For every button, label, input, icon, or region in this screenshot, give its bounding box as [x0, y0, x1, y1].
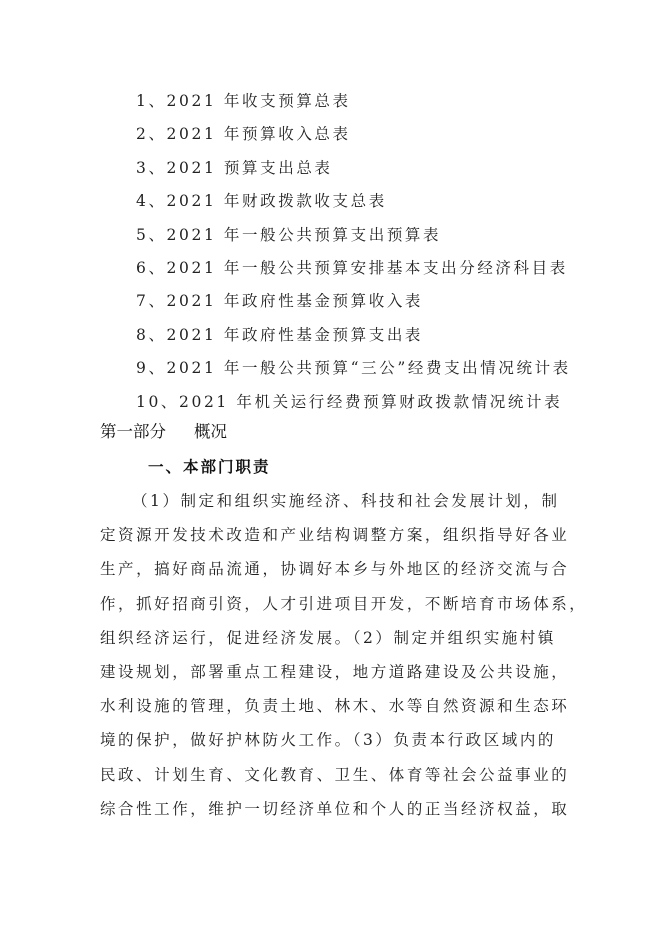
section-heading: 一、本部门职责 [148, 454, 271, 480]
table-of-contents: 1、2021 年收支预算总表 2、2021 年预算收入总表 3、2021 预算支… [136, 88, 571, 422]
paragraph-line: 生产，搞好商品流通，协调好本乡与外地区的经济交流与合 [100, 556, 564, 590]
toc-item: 4、2021 年财政拨款收支总表 [136, 188, 571, 221]
toc-item: 3、2021 预算支出总表 [136, 155, 571, 188]
paragraph-line: （1）制定和组织实施经济、科技和社会发展计划，制 [100, 488, 564, 522]
paragraph-line: 水利设施的管理，负责土地、林木、水等自然资源和生态环 [100, 693, 564, 727]
toc-item: 5、2021 年一般公共预算支出预算表 [136, 222, 571, 255]
paragraph-line: 综合性工作，维护一切经济单位和个人的正当经济权益，取 [100, 796, 564, 830]
toc-item: 8、2021 年政府性基金预算支出表 [136, 322, 571, 355]
paragraph-line: 作，抓好招商引资，人才引进项目开发，不断培育市场体系， [100, 591, 564, 625]
paragraph-line: 建设规划，部署重点工程建设，地方道路建设及公共设施， [100, 659, 564, 693]
toc-item: 7、2021 年政府性基金预算收入表 [136, 288, 571, 321]
part-heading: 第一部分概况 [100, 419, 227, 445]
toc-item: 1、2021 年收支预算总表 [136, 88, 571, 121]
paragraph-line: 定资源开发技术改造和产业结构调整方案，组织指导好各业 [100, 522, 564, 556]
toc-item: 6、2021 年一般公共预算安排基本支出分经济科目表 [136, 255, 571, 288]
body-paragraph: （1）制定和组织实施经济、科技和社会发展计划，制 定资源开发技术改造和产业结构调… [100, 488, 564, 830]
paragraph-line: 境的保护，做好护林防火工作。（3）负责本行政区域内的 [100, 727, 564, 761]
part-heading-name: 概况 [194, 422, 227, 441]
part-heading-label: 第一部分 [100, 422, 166, 441]
paragraph-line: 民政、计划生育、文化教育、卫生、体育等社会公益事业的 [100, 762, 564, 796]
toc-item: 2、2021 年预算收入总表 [136, 121, 571, 154]
document-page: 1、2021 年收支预算总表 2、2021 年预算收入总表 3、2021 预算支… [0, 0, 662, 936]
paragraph-line: 组织经济运行，促进经济发展。（2）制定并组织实施村镇 [100, 625, 564, 659]
toc-item: 10、2021 年机关运行经费预算财政拨款情况统计表 [136, 389, 571, 422]
toc-item: 9、2021 年一般公共预算“三公”经费支出情况统计表 [136, 355, 571, 388]
